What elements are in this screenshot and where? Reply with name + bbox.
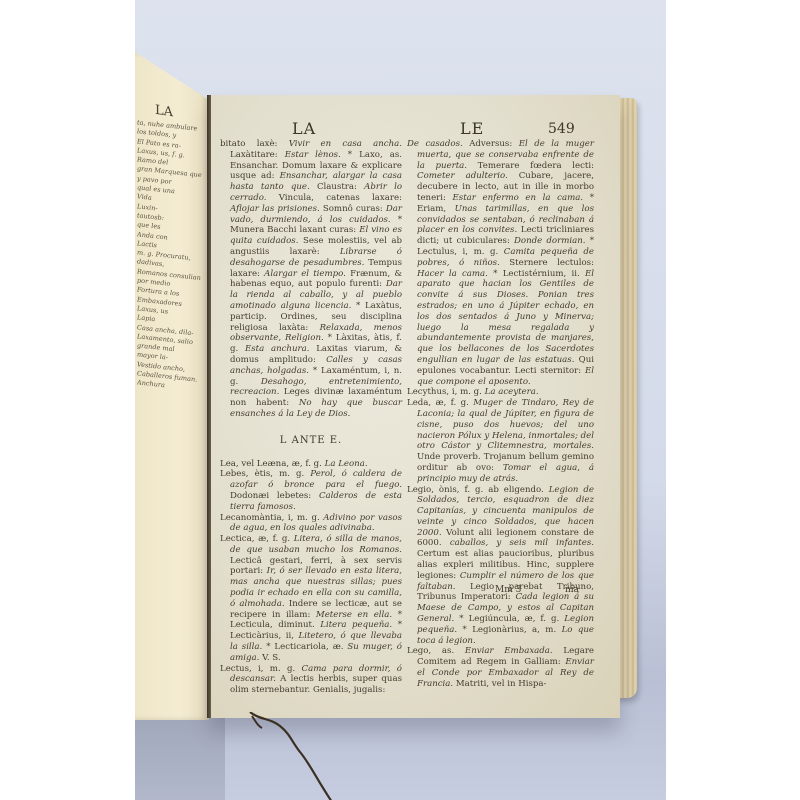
section-title: L ANTE E. (220, 436, 402, 447)
dictionary-entry: Lecythus, i, m. g. La aceytera. (407, 387, 594, 398)
dictionary-entry: Lectus, i, m. g. Cama para dormir, ó des… (220, 664, 402, 696)
dictionary-entry: Lectica, æ, f. g. Litera, ó silla de man… (220, 534, 402, 664)
page-number: 549 (548, 121, 575, 137)
entries-le: Lea, vel Leæna, æ, f. g. La Leona.Lebes,… (220, 459, 402, 697)
dictionary-entry: Lea, vel Leæna, æ, f. g. La Leona. (220, 459, 402, 470)
left-page: LA ta, nuhe ambulare los toldos, y El Pa… (135, 52, 209, 720)
dictionary-entry: Legio, ònis, f. g. ab eligendo. Legion d… (407, 485, 594, 647)
signature-mark: Mm 3 (495, 585, 521, 595)
dictionary-entry: bitato laxè: Vivir en casa ancha. Laxàti… (220, 139, 402, 420)
header-right-guide: LE (460, 119, 484, 138)
entries-la: bitato laxè: Vivir en casa ancha. Laxàti… (220, 139, 402, 420)
running-header: LA LE 549 (210, 119, 620, 137)
bookmark-string-icon (230, 712, 350, 800)
dictionary-entry: Leda, æ, f. g. Muger de Tindaro, Rey de … (407, 398, 594, 484)
header-left-guide: LA (292, 119, 316, 138)
book-photo: LA ta, nuhe ambulare los toldos, y El Pa… (135, 0, 666, 800)
dictionary-entry: De casados. Adversus: El de la muger mue… (407, 139, 594, 387)
left-page-text: ta, nuhe ambulare los toldos, y El Pato … (137, 118, 207, 705)
text-column-left: bitato laxè: Vivir en casa ancha. Laxàti… (220, 139, 402, 696)
dictionary-entry: Lego, as. Enviar Embaxada. Legare Comite… (407, 646, 594, 689)
dictionary-entry: Lecanomàntia, i, m. g. Adivino por vasos… (220, 513, 402, 535)
entries-le-continued: De casados. Adversus: El de la muger mue… (407, 139, 594, 690)
book-gutter (207, 95, 211, 718)
catchword: nia (565, 585, 579, 595)
text-column-right: De casados. Adversus: El de la muger mue… (407, 139, 594, 690)
right-page: LA LE 549 bitato laxè: Vivir en casa anc… (210, 95, 620, 718)
dictionary-entry: Lebes, ètis, m. g. Perol, ó caldera de a… (220, 469, 402, 512)
left-page-header: LA (155, 103, 173, 121)
